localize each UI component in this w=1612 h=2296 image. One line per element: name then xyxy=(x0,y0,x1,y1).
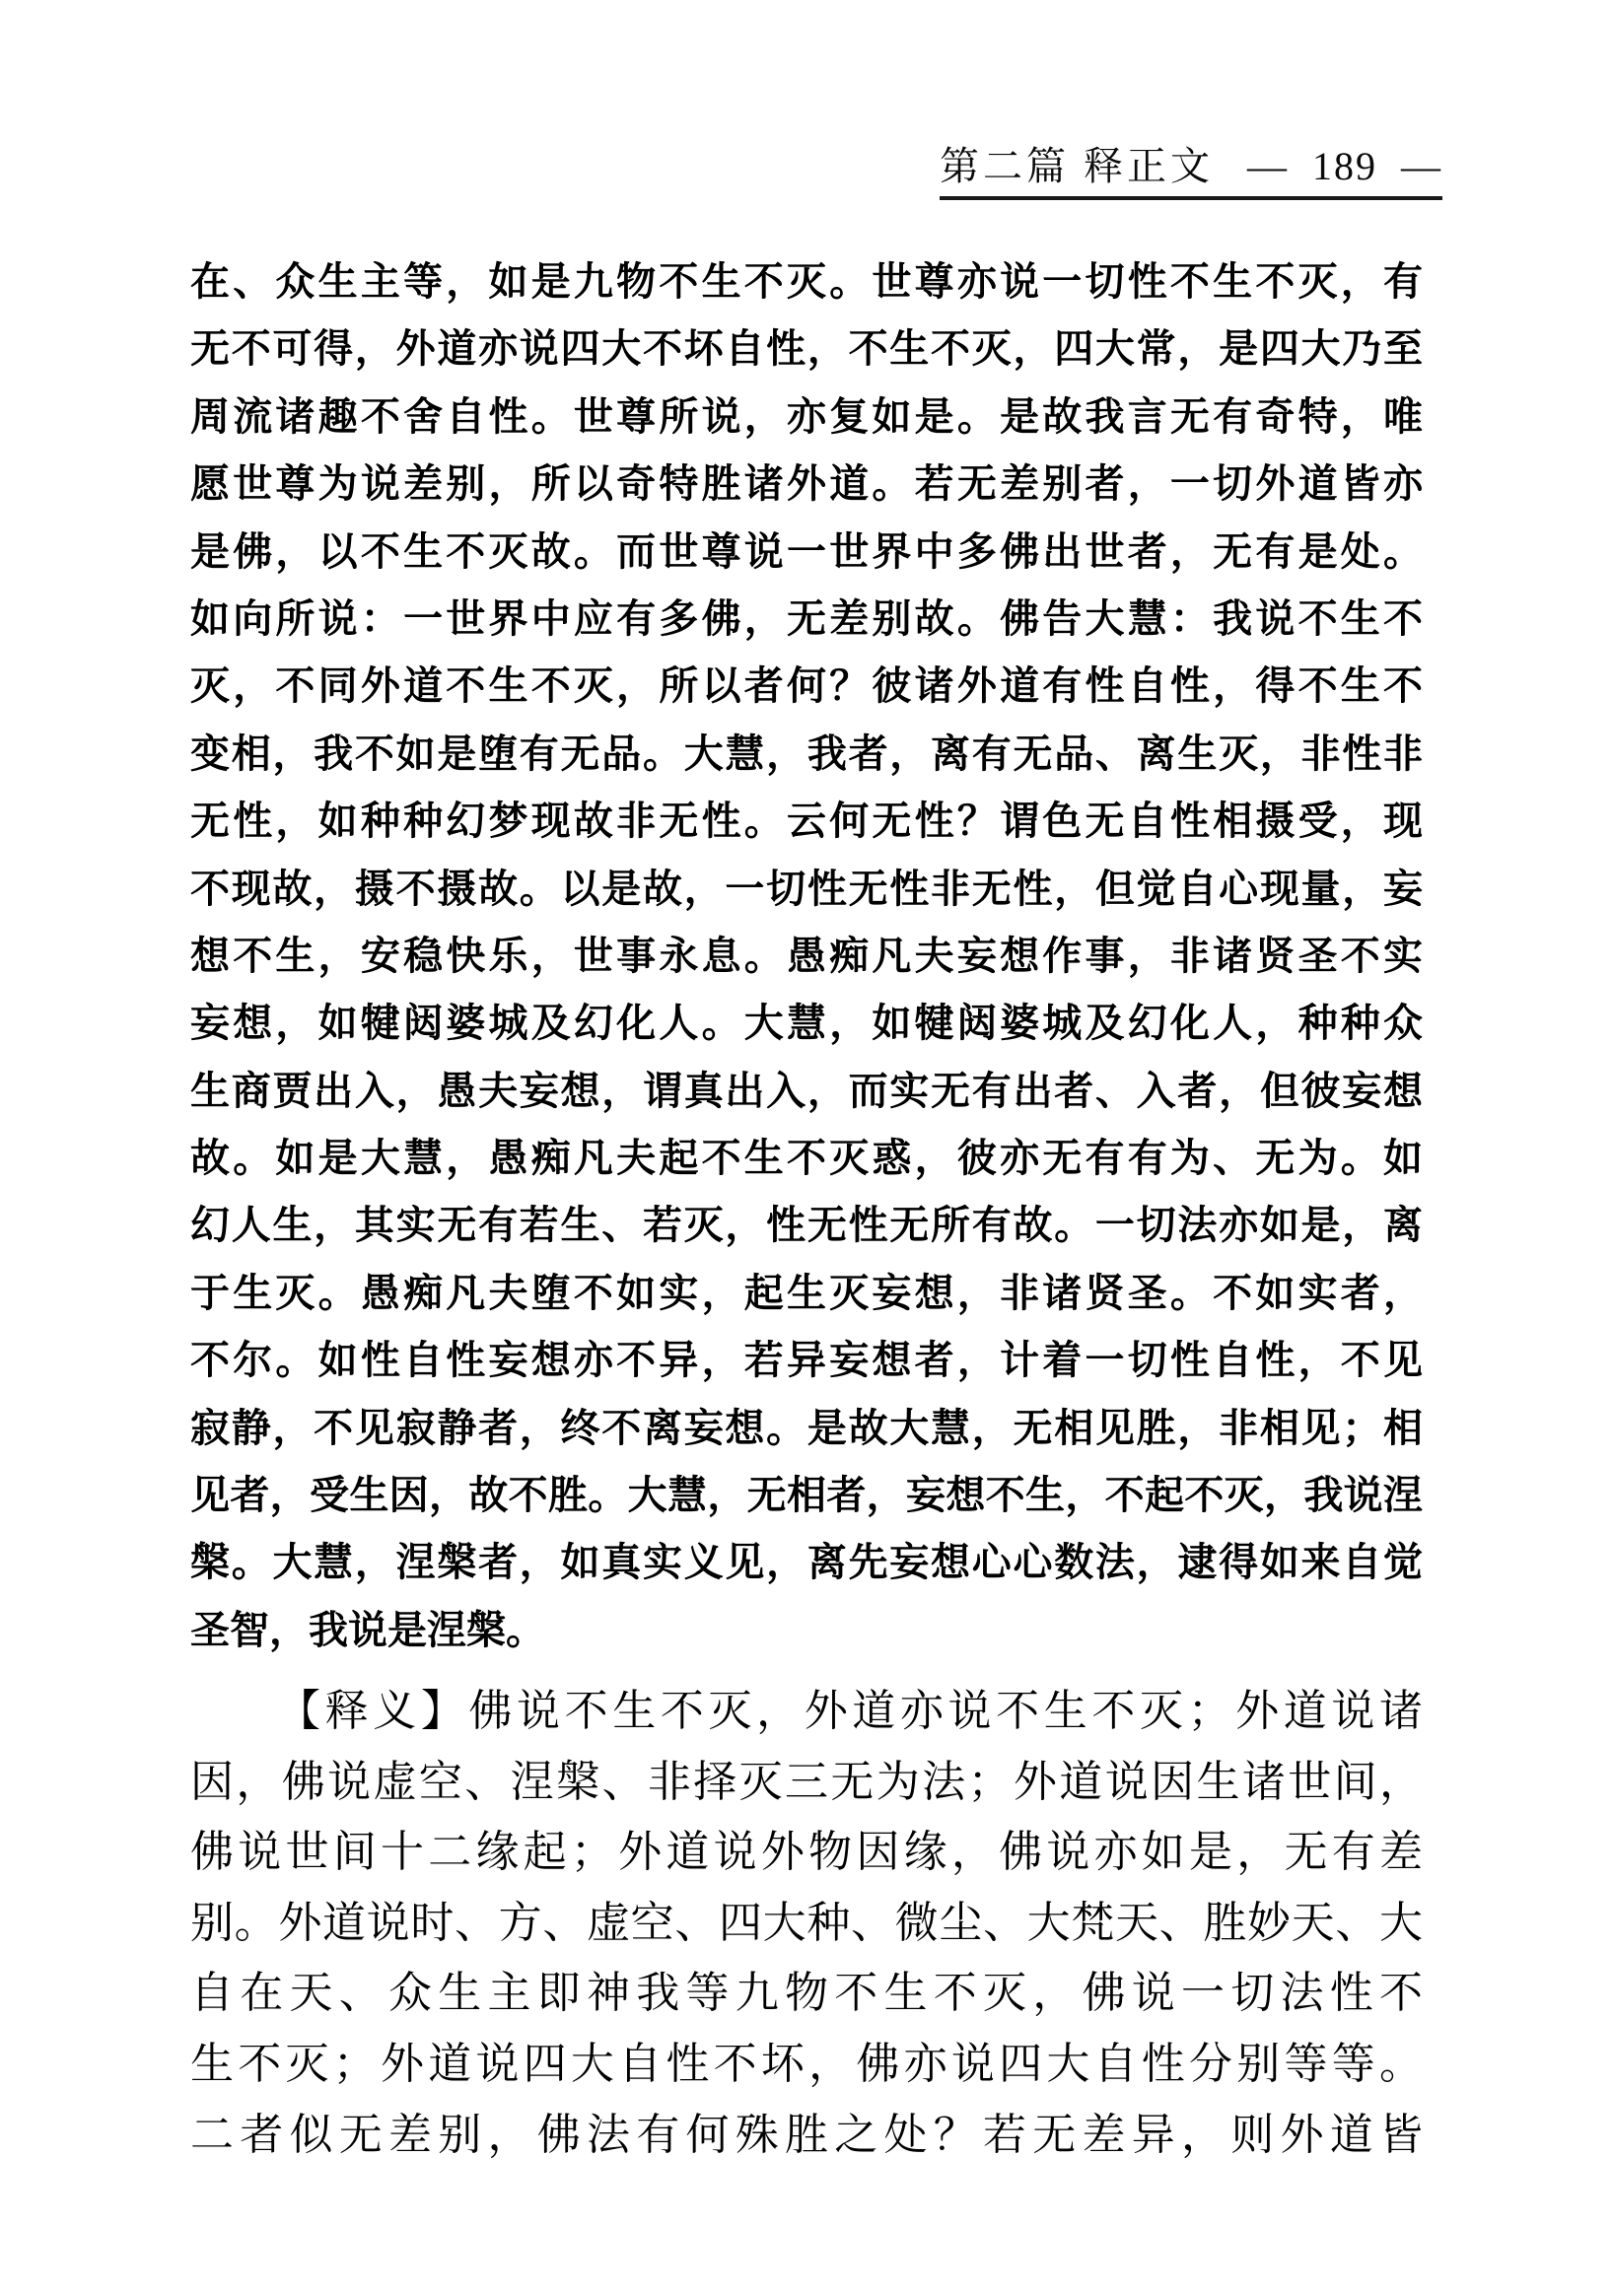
sutra-line: 寂静，不见寂静者，终不离妄想。是故大慧，无相见胜，非相见；相 xyxy=(190,1395,1423,1462)
sutra-line: 生商贾出入，愚夫妄想，谓真出入，而实无有出者、入者，但彼妄想 xyxy=(190,1058,1423,1125)
book-page: 第二篇 释正文— 189 — 在、众生主等，如是九物不生不灭。世尊亦说一切性不生… xyxy=(0,0,1612,2296)
sutra-line: 是佛，以不生不灭故。而世尊说一世界中多佛出世者，无有是处。 xyxy=(190,519,1423,586)
commentary-line: 因，佛说虚空、涅槃、非择灭三无为法；外道说因生诸世间， xyxy=(190,1747,1423,1818)
commentary-line: 佛说世间十二缘起；外道说外物因缘，佛说亦如是，无有差 xyxy=(190,1817,1423,1888)
sutra-line: 想不生，安稳快乐，世事永息。愚痴凡夫妄想作事，非诸贤圣不实 xyxy=(190,923,1423,990)
sutra-line: 如向所说：一世界中应有多佛，无差别故。佛告大慧：我说不生不 xyxy=(190,586,1423,653)
sutra-line: 圣智，我说是涅槃。 xyxy=(190,1597,1423,1664)
sutra-line: 幻人生，其实无有若生、若灭，性无性无所有故。一切法亦如是，离 xyxy=(190,1192,1423,1259)
commentary-line: 【释义】佛说不生不灭，外道亦说不生不灭；外道说诸 xyxy=(190,1676,1423,1747)
sutra-line: 灭，不同外道不生不灭，所以者何？彼诸外道有性自性，得不生不 xyxy=(190,653,1423,720)
sutra-line: 变相，我不如是堕有无品。大慧，我者，离有无品、离生灭，非性非 xyxy=(190,721,1423,788)
header-rule: 第二篇 释正文— 189 — xyxy=(940,144,1442,200)
chapter-title: 第二篇 释正文 xyxy=(940,144,1214,188)
page-number: — 189 — xyxy=(1247,144,1442,188)
sutra-line: 于生灭。愚痴凡夫堕不如实，起生灭妄想，非诸贤圣。不如实者， xyxy=(190,1260,1423,1327)
sutra-line: 周流诸趣不舍自性。世尊所说，亦复如是。是故我言无有奇特，唯 xyxy=(190,383,1423,451)
sutra-line: 不现故，摄不摄故。以是故，一切性无性非无性，但觉自心现量，妄 xyxy=(190,856,1423,923)
sutra-quote-paragraph: 在、众生主等，如是九物不生不灭。世尊亦说一切性不生不灭，有 无不可得，外道亦说四… xyxy=(190,248,1423,1664)
sutra-line: 槃。大慧，涅槃者，如真实义见，离先妄想心心数法，逮得如来自觉 xyxy=(190,1529,1423,1596)
commentary-paragraph: 【释义】佛说不生不灭，外道亦说不生不灭；外道说诸 因，佛说虚空、涅槃、非择灭三无… xyxy=(190,1676,1423,2170)
sutra-line: 不尔。如性自性妄想亦不异，若异妄想者，计着一切性自性，不见 xyxy=(190,1327,1423,1394)
commentary-line: 自在天、众生主即神我等九物不生不灭，佛说一切法性不 xyxy=(190,1958,1423,2029)
sutra-line: 愿世尊为说差别，所以奇特胜诸外道。若无差别者，一切外道皆亦 xyxy=(190,451,1423,518)
sutra-line: 在、众生主等，如是九物不生不灭。世尊亦说一切性不生不灭，有 xyxy=(190,248,1423,315)
sutra-line: 见者，受生因，故不胜。大慧，无相者，妄想不生，不起不灭，我说涅 xyxy=(190,1462,1423,1529)
commentary-line: 别。外道说时、方、虚空、四大种、微尘、大梵天、胜妙天、大 xyxy=(190,1888,1423,1959)
commentary-line: 二者似无差别，佛法有何殊胜之处？若无差异，则外道皆 xyxy=(190,2100,1423,2171)
page-header: 第二篇 释正文— 189 — xyxy=(940,144,1442,200)
sutra-line: 无不可得，外道亦说四大不坏自性，不生不灭，四大常，是四大乃至 xyxy=(190,315,1423,383)
sutra-line: 无性，如种种幻梦现故非无性。云何无性？谓色无自性相摄受，现 xyxy=(190,788,1423,855)
sutra-line: 故。如是大慧，愚痴凡夫起不生不灭惑，彼亦无有有为、无为。如 xyxy=(190,1125,1423,1192)
sutra-line: 妄想，如犍闼婆城及幻化人。大慧，如犍闼婆城及幻化人，种种众 xyxy=(190,990,1423,1057)
commentary-line: 生不灭；外道说四大自性不坏，佛亦说四大自性分别等等。 xyxy=(190,2029,1423,2100)
